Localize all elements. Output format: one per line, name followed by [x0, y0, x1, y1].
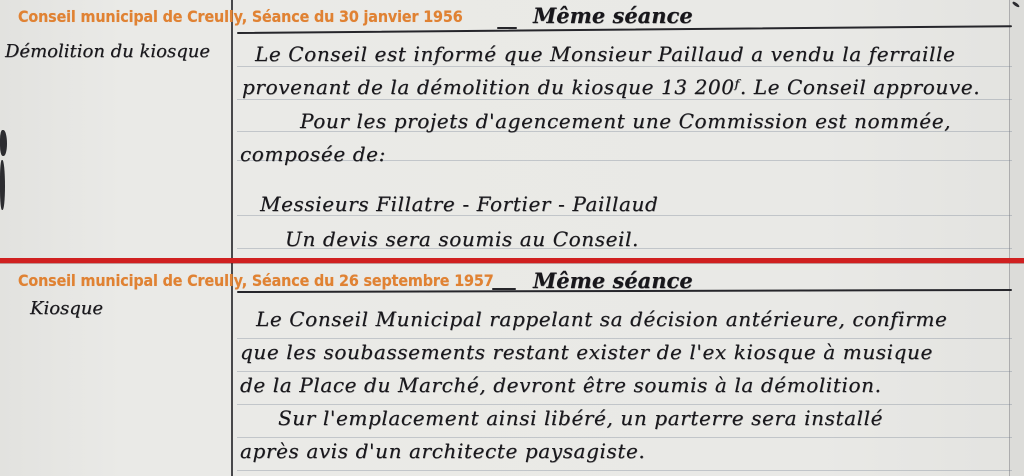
margin-note-demolition-kiosque: Démolition du kiosque: [5, 41, 210, 62]
ruled-line: [237, 404, 1012, 405]
session-label-1957: Conseil municipal de Creully, Séance du …: [18, 271, 494, 290]
body-line: Un devis sera soumis au Conseil.: [285, 227, 639, 251]
scanned-register-page: Conseil municipal de Creully, Séance du …: [0, 0, 1024, 476]
body-line: que les soubassements restant exister de…: [240, 340, 933, 364]
margin-column-divider-line: [231, 0, 233, 476]
ruled-line: [237, 99, 1012, 100]
section-header-meme-seance-1: Même séance: [533, 3, 693, 28]
page-right-shade: [1010, 0, 1024, 476]
ruled-line: [237, 437, 1012, 438]
body-line: Le Conseil Municipal rappelant sa décisi…: [256, 307, 947, 331]
ink-smudge: [0, 130, 7, 156]
ruled-line: [237, 66, 1012, 67]
margin-note-kiosque: Kiosque: [30, 298, 103, 319]
ruled-line: [237, 371, 1012, 372]
body-line: après avis d'un architecte paysagiste.: [240, 439, 645, 463]
body-line: Sur l'emplacement ainsi libéré, un parte…: [278, 406, 883, 430]
ruled-line: [237, 470, 1012, 471]
body-line: Messieurs Fillatre - Fortier - Paillaud: [260, 192, 658, 216]
session-label-1956: Conseil municipal de Creully, Séance du …: [18, 7, 463, 26]
red-separator-line: [0, 258, 1024, 263]
body-line: Le Conseil est informé que Monsieur Pail…: [255, 42, 955, 66]
body-line: provenant de la démolition du kiosque 13…: [242, 75, 980, 99]
ruled-line: [237, 338, 1012, 339]
body-line: Pour les projets d'agencement une Commis…: [300, 109, 951, 133]
body-line: composée de:: [240, 142, 386, 166]
ink-smudge: [0, 160, 5, 210]
body-line: de la Place du Marché, devront être soum…: [240, 373, 882, 397]
